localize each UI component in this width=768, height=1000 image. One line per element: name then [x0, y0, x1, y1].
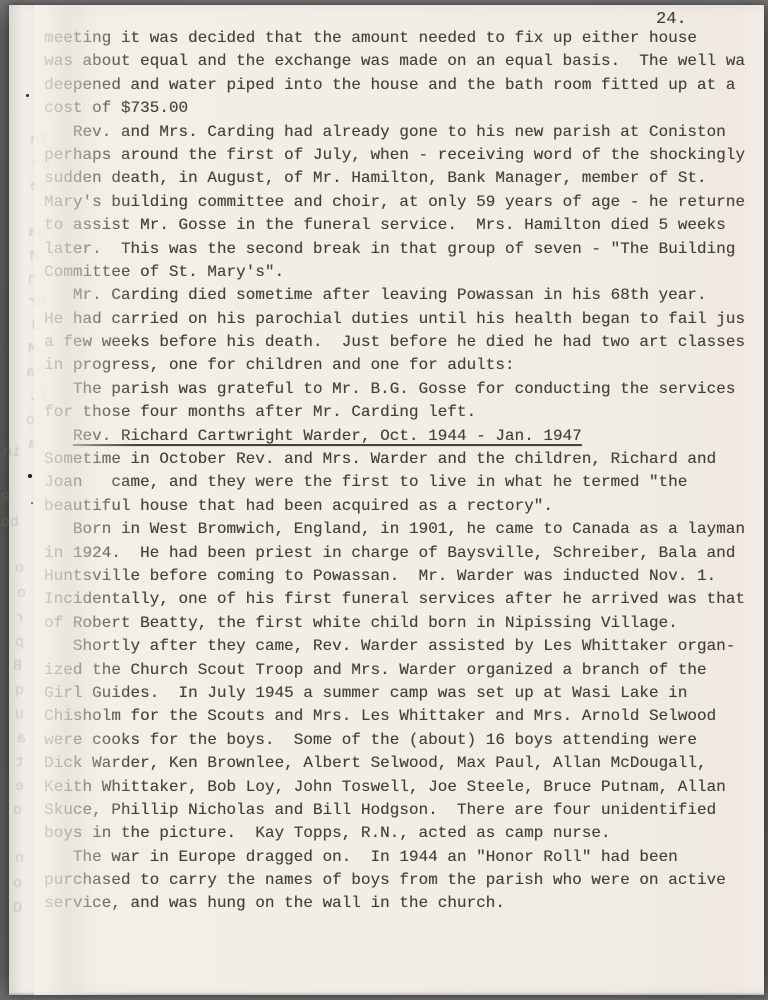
- text-line: a few weeks before his death. Just befor…: [44, 331, 746, 354]
- text-line: Huntsville before coming to Powassan. Mr…: [44, 565, 746, 588]
- text-line: He had carried on his parochial duties u…: [44, 308, 746, 331]
- text-line: were cooks for the boys. Some of the (ab…: [44, 729, 746, 752]
- text-line: Keith Whittaker, Bob Loy, John Toswell, …: [44, 776, 746, 799]
- text-line: perhaps around the first of July, when -…: [44, 144, 746, 167]
- text-line: Shortly after they came, Rev. Warder ass…: [44, 635, 746, 658]
- section-heading: Rev. Richard Cartwright Warder, Oct. 194…: [73, 427, 582, 445]
- text-line: in progress, one for children and one fo…: [44, 354, 746, 377]
- text-line: The parish was grateful to Mr. B.G. Goss…: [44, 378, 746, 401]
- text-line: later. This was the second break in that…: [44, 238, 746, 261]
- text-line: Mr. Carding died sometime after leaving …: [44, 284, 746, 307]
- text-line: of Robert Beatty, the first white child …: [44, 612, 746, 635]
- text-line: purchased to carry the names of boys fro…: [44, 869, 746, 892]
- text-line: in 1924. He had been priest in charge of…: [44, 542, 746, 565]
- text-line: sudden death, in August, of Mr. Hamilton…: [44, 167, 746, 190]
- ink-speck: [26, 94, 29, 97]
- text-line: Sometime in October Rev. and Mrs. Warder…: [44, 448, 746, 471]
- text-line: to assist Mr. Gosse in the funeral servi…: [44, 214, 746, 237]
- scanned-page: ThpenegaMAnMrJMMaE.JoainRbooorpBquateono…: [0, 0, 768, 1000]
- text-line: Dick Warder, Ken Brownlee, Albert Selwoo…: [44, 752, 746, 775]
- text-line: Born in West Bromwich, England, in 1901,…: [44, 518, 746, 541]
- text-line: boys in the picture. Kay Topps, R.N., ac…: [44, 822, 746, 845]
- text-line: deepened and water piped into the house …: [44, 74, 746, 97]
- text-line: ized the Church Scout Troop and Mrs. War…: [44, 659, 746, 682]
- text-line: meeting it was decided that the amount n…: [44, 27, 746, 50]
- text-line: beautiful house that had been acquired a…: [44, 495, 746, 518]
- document-body: meeting it was decided that the amount n…: [44, 27, 746, 971]
- text-line: Mary's building committee and choir, at …: [44, 191, 746, 214]
- text-line: for those four months after Mr. Carding …: [44, 401, 746, 424]
- text-line: Rev. Richard Cartwright Warder, Oct. 194…: [44, 425, 746, 448]
- ink-speck: [31, 502, 33, 504]
- text-line: Committee of St. Mary's".: [44, 261, 746, 284]
- text-line: Incidentally, one of his first funeral s…: [44, 588, 746, 611]
- text-line: Joan came, and they were the first to li…: [44, 471, 746, 494]
- text-line: was about equal and the exchange was mad…: [44, 50, 746, 73]
- text-line: cost of $735.00: [44, 97, 746, 120]
- text-line: Girl Guides. In July 1945 a summer camp …: [44, 682, 746, 705]
- text-line: service, and was hung on the wall in the…: [44, 892, 746, 915]
- ink-speck: [28, 474, 32, 478]
- text-line: Rev. and Mrs. Carding had already gone t…: [44, 121, 746, 144]
- text-line: Skuce, Phillip Nicholas and Bill Hodgson…: [44, 799, 746, 822]
- text-line: Chisholm for the Scouts and Mrs. Les Whi…: [44, 705, 746, 728]
- text-line: The war in Europe dragged on. In 1944 an…: [44, 846, 746, 869]
